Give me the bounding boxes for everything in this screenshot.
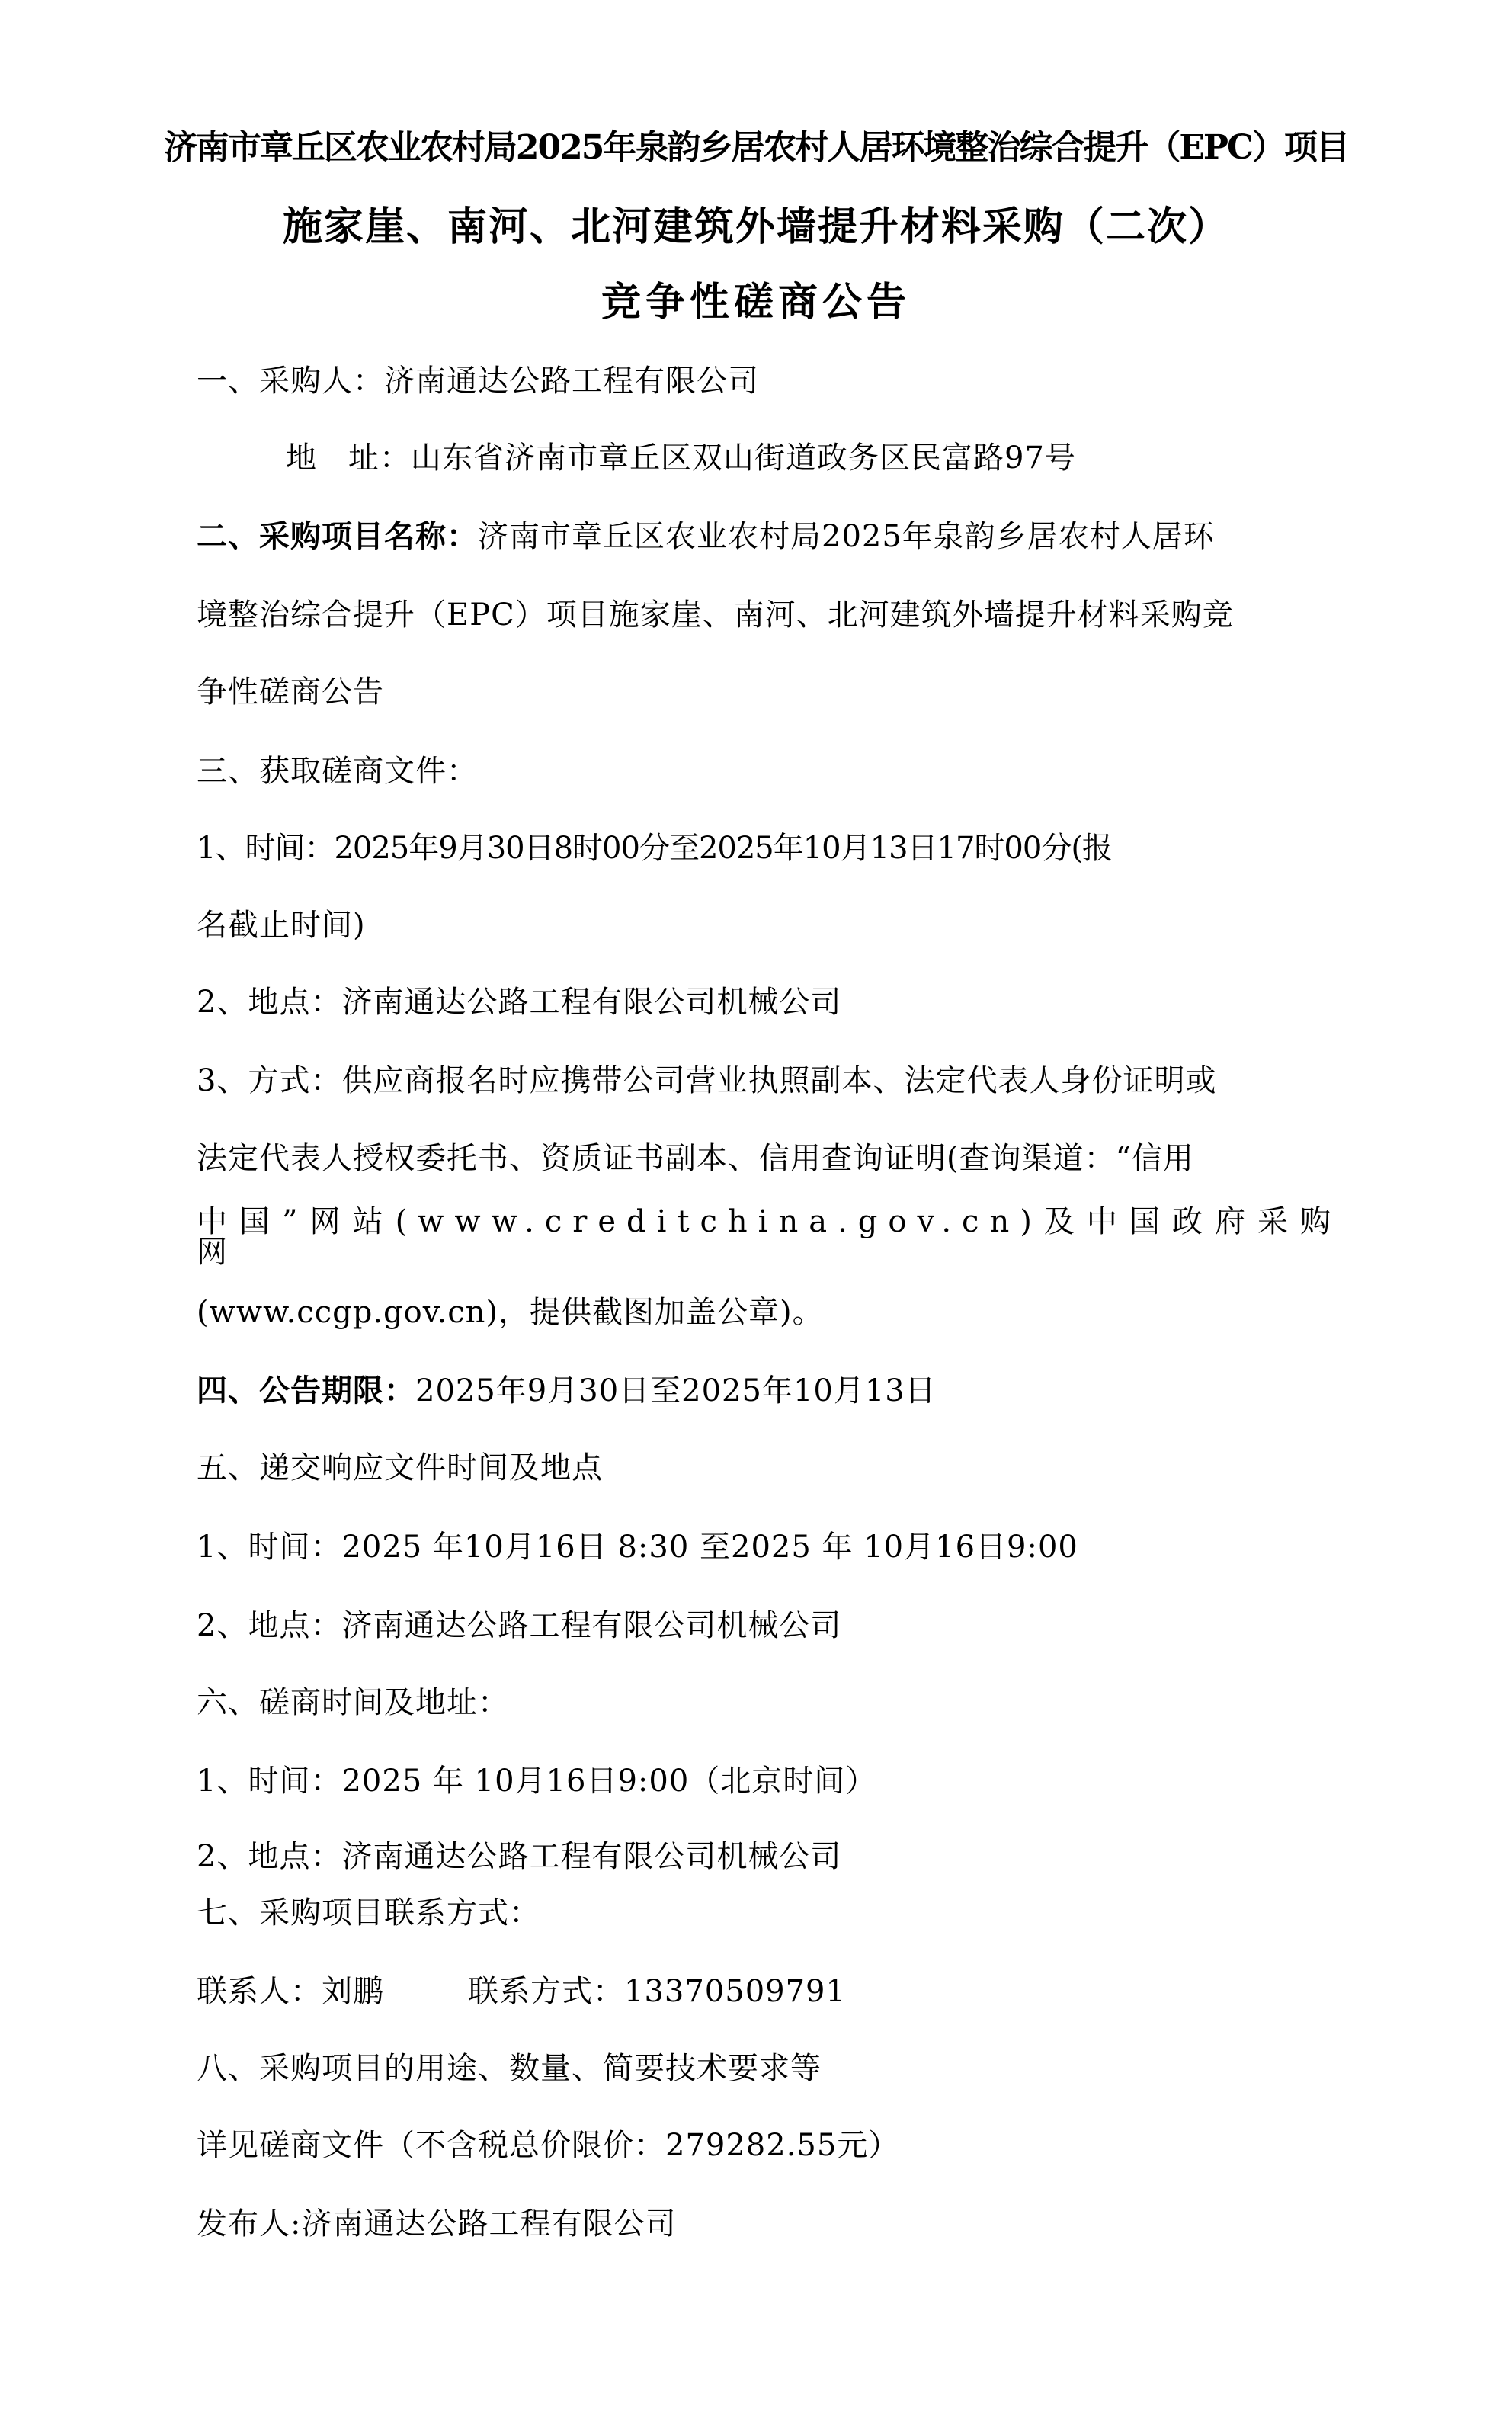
section-1-heading: 一、采购人： [197, 364, 384, 399]
contact-name: 刘鹏 [322, 1974, 384, 2009]
phone-number: 13370509791 [624, 1974, 846, 2009]
section-6-heading: 六、磋商时间及地址： [197, 1687, 1341, 1718]
announcement-period: 2025年9月30日至2025年10月13日 [415, 1373, 937, 1408]
project-name-line-1: 济南市章丘区农业农村局2025年泉韵乡居农村人居环 [478, 519, 1215, 554]
price-limit-detail: 详见磋商文件（不含税总价限价：279282.55元） [197, 2130, 1341, 2161]
section-7-heading: 七、采购项目联系方式： [197, 1898, 1341, 1928]
doc-method-line-2: 法定代表人授权委托书、资质证书副本、信用查询证明(查询渠道：“信用 [197, 1143, 1341, 1174]
section-3-heading: 三、获取磋商文件： [197, 756, 1341, 787]
publisher-line: 发布人:济南通达公路工程有限公司 [197, 2209, 1341, 2239]
project-name-line-3: 争性磋商公告 [197, 677, 1341, 707]
doc-method-line-4: (www.ccgp.gov.cn)，提供截图加盖公章)。 [197, 1297, 1341, 1328]
title-line-2: 施家崖、南河、北河建筑外墙提升材料采购（二次） [0, 207, 1512, 247]
section-8-heading: 八、采购项目的用途、数量、简要技术要求等 [197, 2053, 1341, 2084]
section-1-purchaser: 一、采购人：济南通达公路工程有限公司 [197, 366, 1341, 396]
submission-time: 1、时间：2025 年10月16日 8:30 至2025 年 10月16日9:0… [197, 1532, 1341, 1562]
section-4-heading: 四、公告期限： [197, 1373, 415, 1408]
purchaser-address: 地 址：山东省济南市章丘区双山街道政务区民富路97号 [286, 443, 1430, 473]
doc-time-line-1: 1、时间：2025年9月30日8时00分至2025年10月13日17时00分(报 [197, 833, 1341, 864]
credit-china-link-text: 中国”网站(www.creditchina.gov.cn)及中国政府采购网 [197, 1206, 1341, 1267]
contact-label: 联系人： [197, 1974, 322, 2009]
doc-time-line-2: 名截止时间) [197, 910, 1341, 940]
contact-line: 联系人：刘鹏联系方式：13370509791 [197, 1976, 1341, 2007]
title-line-1: 济南市章丘区农业农村局2025年泉韵乡居农村人居环境整治综合提升（EPC）项目 [0, 131, 1512, 165]
doc-place: 2、地点：济南通达公路工程有限公司机械公司 [197, 987, 1341, 1017]
document-page: 济南市章丘区农业农村局2025年泉韵乡居农村人居环境整治综合提升（EPC）项目 … [0, 0, 1512, 2416]
section-4-period: 四、公告期限：2025年9月30日至2025年10月13日 [197, 1376, 1341, 1406]
publisher-name: 济南通达公路工程有限公司 [301, 2206, 676, 2241]
phone-label: 联系方式： [468, 1974, 624, 2009]
negotiation-place: 2、地点：济南通达公路工程有限公司机械公司 [197, 1841, 1341, 1872]
doc-method-line-3: 中国”网站(www.creditchina.gov.cn)及中国政府采购网 [197, 1206, 1341, 1267]
title-line-3: 竞争性磋商公告 [0, 283, 1512, 322]
section-5-heading: 五、递交响应文件时间及地点 [197, 1453, 1341, 1483]
purchaser-name: 济南通达公路工程有限公司 [384, 364, 759, 399]
publisher-label: 发布人: [197, 2206, 301, 2241]
section-2-heading: 二、采购项目名称： [197, 518, 478, 554]
submission-place: 2、地点：济南通达公路工程有限公司机械公司 [197, 1610, 1341, 1641]
project-name-line-2: 境整治综合提升（EPC）项目施家崖、南河、北河建筑外墙提升材料采购竞 [197, 600, 1341, 630]
address-value: 山东省济南市章丘区双山街道政务区民富路97号 [411, 441, 1076, 476]
doc-method-line-1: 3、方式：供应商报名时应携带公司营业执照副本、法定代表人身份证明或 [197, 1065, 1341, 1096]
section-2-project-name: 二、采购项目名称：济南市章丘区农业农村局2025年泉韵乡居农村人居环 [197, 521, 1341, 552]
negotiation-time: 1、时间：2025 年 10月16日9:00（北京时间） [197, 1766, 1341, 1796]
address-label: 地 址： [286, 441, 411, 476]
